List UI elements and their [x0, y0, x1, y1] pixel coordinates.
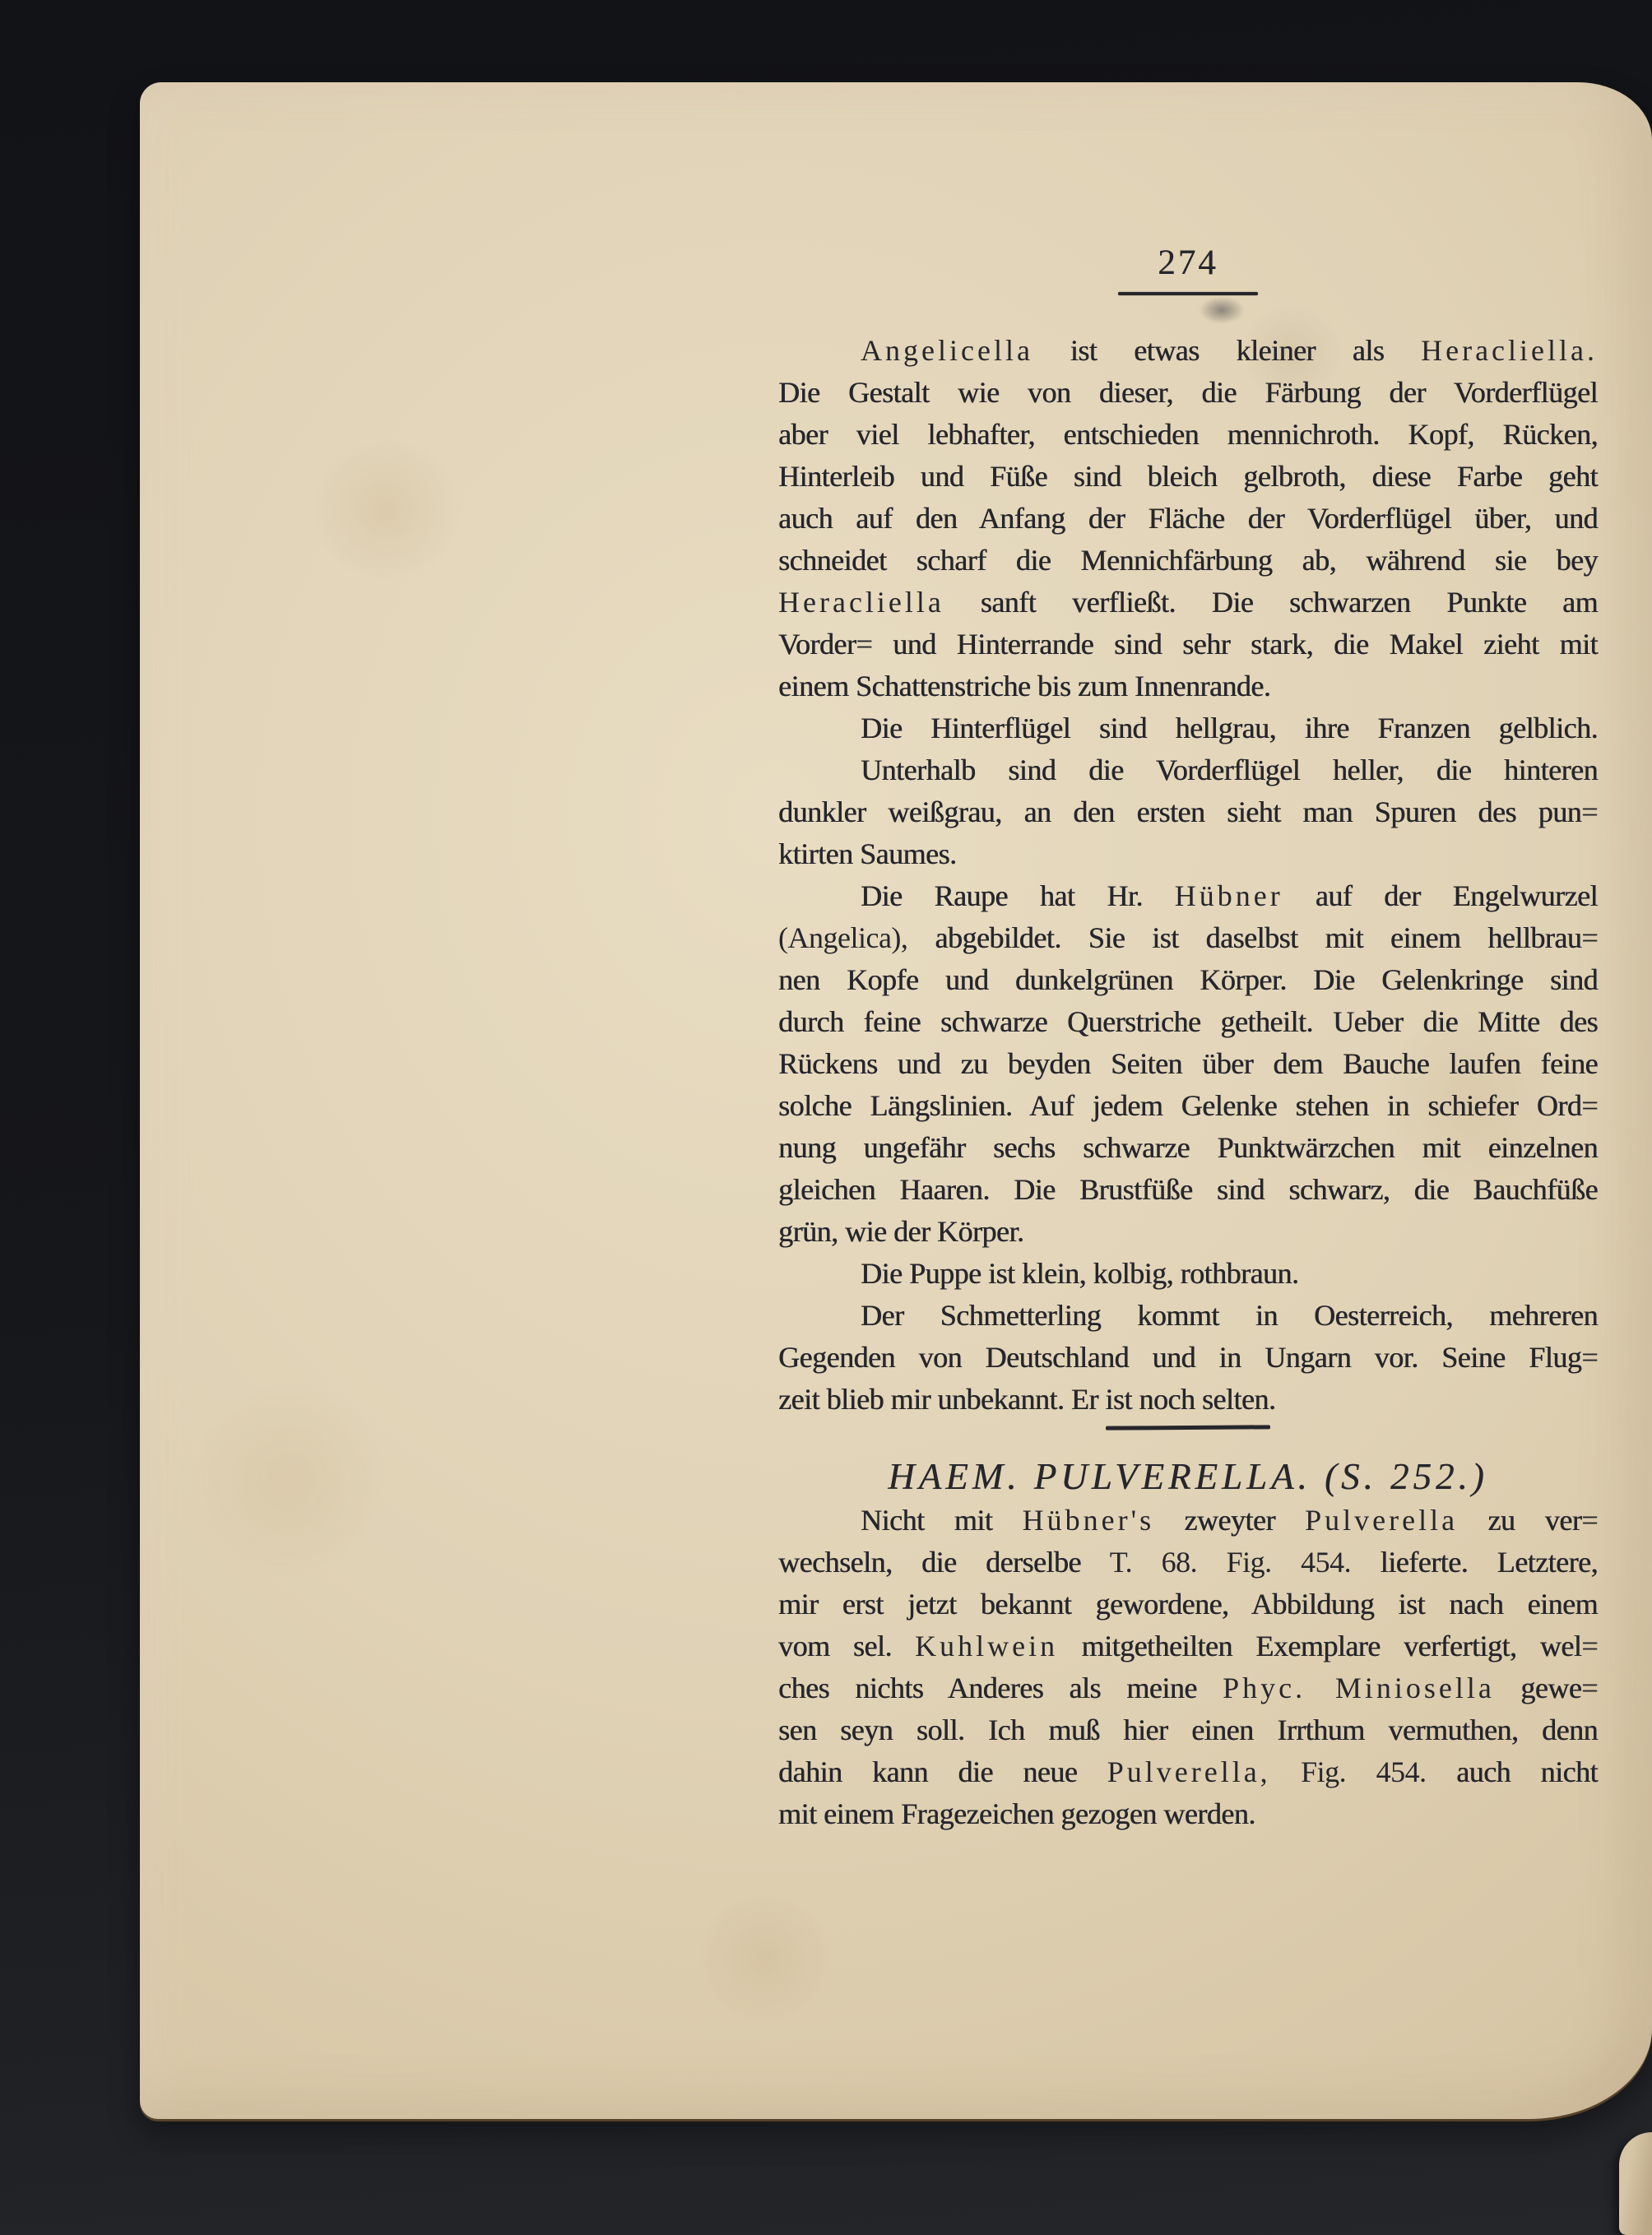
text-block: 274 Angelicella ist etwas kleiner als He… — [778, 82, 1598, 1835]
section-divider — [1106, 1425, 1270, 1430]
text-line: Vorder= und Hinterrande sind sehr stark,… — [778, 624, 1598, 665]
text-line: zeit blieb mir unbekannt. Er ist noch se… — [778, 1379, 1598, 1421]
text-line: Gegenden von Deutschland und in Ungarn v… — [778, 1337, 1598, 1379]
book-page: 274 Angelicella ist etwas kleiner als He… — [140, 82, 1652, 2119]
text-line: ches nichts Anderes als meine Phyc. Mini… — [778, 1667, 1598, 1709]
text-line: ktirten Saumes. — [778, 833, 1598, 875]
text-line: gleichen Haaren. Die Brustfüße sind schw… — [778, 1169, 1598, 1211]
text-line: Der Schmetterling kommt in Oesterreich, … — [778, 1295, 1598, 1337]
text-line: solche Längslinien. Auf jedem Gelenke st… — [778, 1085, 1598, 1127]
page-number: 274 — [1158, 244, 1218, 282]
text-line: sen seyn soll. Ich muß hier einen Irrthu… — [778, 1709, 1598, 1751]
text-line: schneidet scharf die Mennichfärbung ab, … — [778, 540, 1598, 582]
text-line: einem Schattenstriche bis zum Innenrande… — [778, 665, 1598, 707]
text-line: mit einem Fragezeichen gezogen werden. — [778, 1793, 1598, 1835]
text-line: aber viel lebhafter, entschieden mennich… — [778, 414, 1598, 456]
text-line: Hinterleib und Füße sind bleich gelbroth… — [778, 456, 1598, 498]
section-heading: HAEM. PULVERELLA. (S. 252.) — [778, 1454, 1598, 1500]
text-line: durch feine schwarze Querstriche getheil… — [778, 1001, 1598, 1043]
text-line: vom sel. Kuhlwein mitgetheilten Exemplar… — [778, 1625, 1598, 1667]
scan-background: 274 Angelicella ist etwas kleiner als He… — [0, 0, 1652, 2235]
text-line: Rückens und zu beyden Seiten über dem Ba… — [778, 1043, 1598, 1085]
text-line: dunkler weißgrau, an den ersten sieht ma… — [778, 791, 1598, 833]
text-line: dahin kann die neue Pulverella, Fig. 454… — [778, 1751, 1598, 1793]
text-line: Angelicella ist etwas kleiner als Heracl… — [778, 330, 1598, 372]
text-line: Die Hinterflügel sind hellgrau, ihre Fra… — [778, 707, 1598, 749]
text-line: auch auf den Anfang der Fläche der Vorde… — [778, 498, 1598, 540]
text-line: Nicht mit Hübner's zweyter Pulverella zu… — [778, 1500, 1598, 1542]
text-line: Die Raupe hat Hr. Hübner auf der Engelwu… — [778, 875, 1598, 917]
text-line: Heracliella sanft verfließt. Die schwarz… — [778, 582, 1598, 624]
text-line: Die Puppe ist klein, kolbig, rothbraun. — [778, 1253, 1598, 1295]
text-line: mir erst jetzt bekannt gewordene, Abbild… — [778, 1584, 1598, 1625]
text-line: wechseln, die derselbe T. 68. Fig. 454. … — [778, 1542, 1598, 1584]
text-line: nung ungefähr sechs schwarze Punktwärzch… — [778, 1127, 1598, 1169]
text-line: Die Gestalt wie von dieser, die Färbung … — [778, 372, 1598, 414]
next-page-edge — [1619, 2132, 1652, 2235]
text-line: nen Kopfe und dunkelgrünen Körper. Die G… — [778, 959, 1598, 1001]
text-line: Unterhalb sind die Vorderflügel heller, … — [778, 749, 1598, 791]
page-number-rule — [1118, 292, 1258, 295]
page-header: 274 — [778, 243, 1598, 295]
text-line: grün, wie der Körper. — [778, 1211, 1598, 1253]
text-line: (Angelica), abgebildet. Sie ist daselbst… — [778, 917, 1598, 959]
